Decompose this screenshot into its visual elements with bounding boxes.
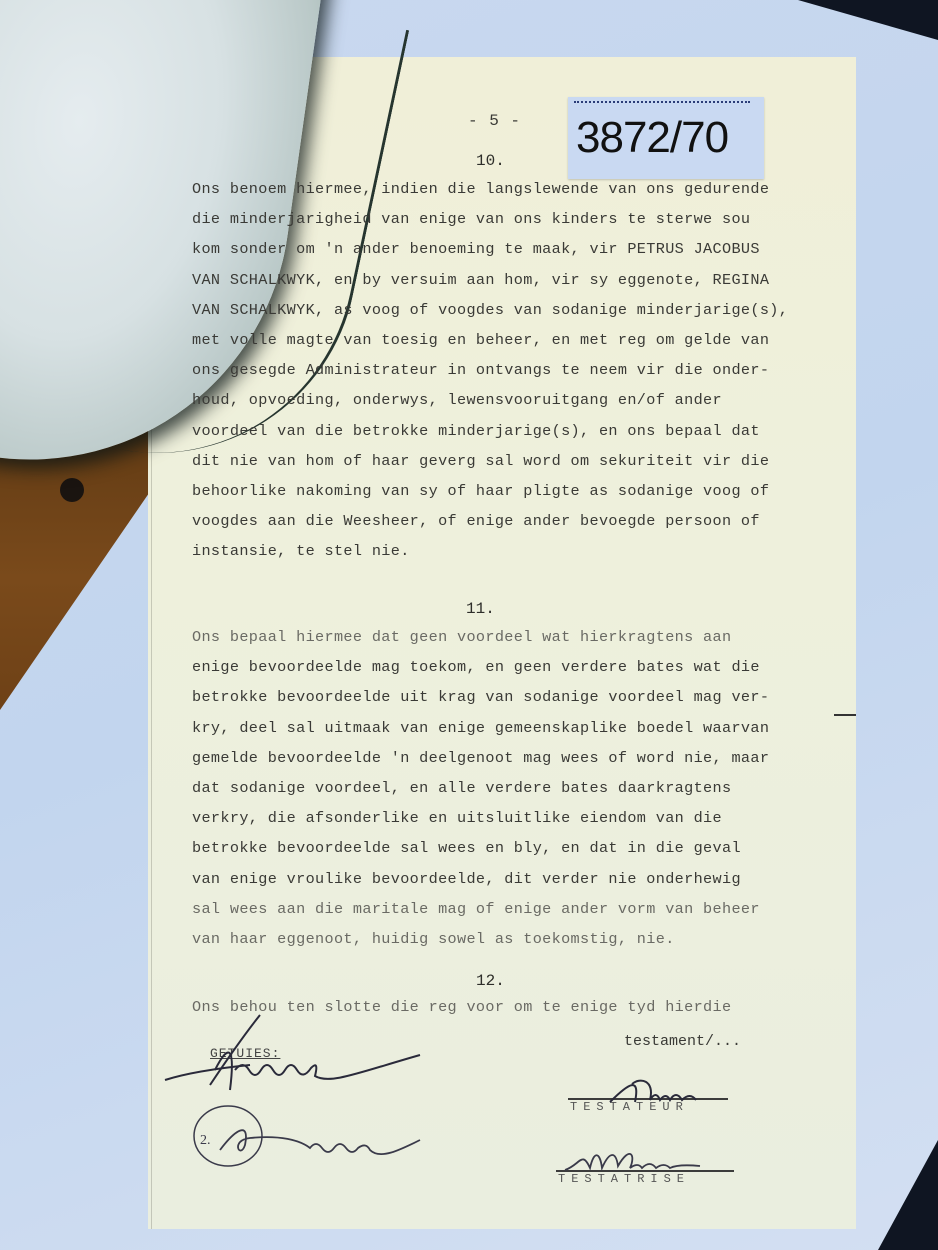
clause-11-line: betrokke bevoordeelde sal wees en bly, e… xyxy=(192,839,741,857)
clause-11-line: kry, deel sal uitmaak van enige gemeensk… xyxy=(192,719,769,737)
clause-number-12: 12. xyxy=(476,972,505,990)
clause-10-line: VAN SCHALKWYK, en by versuim aan hom, vi… xyxy=(192,271,769,289)
witness-2-signature: 2. xyxy=(190,1100,430,1180)
clause-11-line: gemelde bevoordeelde 'n deelgenoot mag w… xyxy=(192,749,769,767)
clause-11-line: enige bevoordeelde mag toekom, en geen v… xyxy=(192,658,760,676)
clause-10-line: Ons benoem hiermee, indien die langslewe… xyxy=(192,180,769,198)
clause-11-line: Ons bepaal hiermee dat geen voordeel wat… xyxy=(192,628,731,646)
clause-10-line: voogdes aan die Weesheer, of enige ander… xyxy=(192,512,760,530)
continuation-text: testament/... xyxy=(624,1033,741,1050)
clause-10-line: dit nie van hom of haar geverg sal word … xyxy=(192,452,769,470)
page-number: - 5 - xyxy=(468,112,521,130)
margin-mark xyxy=(834,714,856,716)
clause-10-line: ons gesegde Administrateur in ontvangs t… xyxy=(192,361,769,379)
clause-10-line: die minderjarigheid van enige van ons ki… xyxy=(192,210,750,228)
punch-hole xyxy=(60,478,84,502)
clause-10-line: voordeel van die betrokke minderjarige(s… xyxy=(192,422,760,440)
clause-11-line: sal wees aan die maritale mag of enige a… xyxy=(192,900,760,918)
testator-signature xyxy=(600,1072,720,1112)
clause-10-line: instansie, te stel nie. xyxy=(192,542,410,560)
clause-11-line: van haar eggenoot, huidig sowel as toeko… xyxy=(192,930,675,948)
clause-10-line: kom sonder om 'n ander benoeming te maak… xyxy=(192,240,760,258)
file-number: 3872/70 xyxy=(576,113,728,163)
clause-number-11: 11. xyxy=(466,600,495,618)
clause-11-line: van enige vroulike bevoordeelde, dit ver… xyxy=(192,870,741,888)
clause-10-line: VAN SCHALKWYK, as voog of voogdes van so… xyxy=(192,301,788,319)
clause-10-line: houd, opvoeding, onderwys, lewensvooruit… xyxy=(192,391,722,409)
witness-1-signature xyxy=(160,1010,440,1100)
clause-11-line: betrokke bevoordeelde uit krag van sodan… xyxy=(192,688,769,706)
clause-11-line: dat sodanige voordeel, en alle verdere b… xyxy=(192,779,731,797)
testatrix-signature xyxy=(560,1140,720,1180)
file-number-label: 3872/70 xyxy=(568,97,764,179)
clause-10-line: met volle magte van toesig en beheer, en… xyxy=(192,331,769,349)
witness-2-mark: 2. xyxy=(200,1133,211,1148)
clause-number-10: 10. xyxy=(476,152,505,170)
clause-11-line: verkry, die afsonderlike en uitsluitlike… xyxy=(192,809,722,827)
clause-10-line: behoorlike nakoming van sy of haar pligt… xyxy=(192,482,769,500)
